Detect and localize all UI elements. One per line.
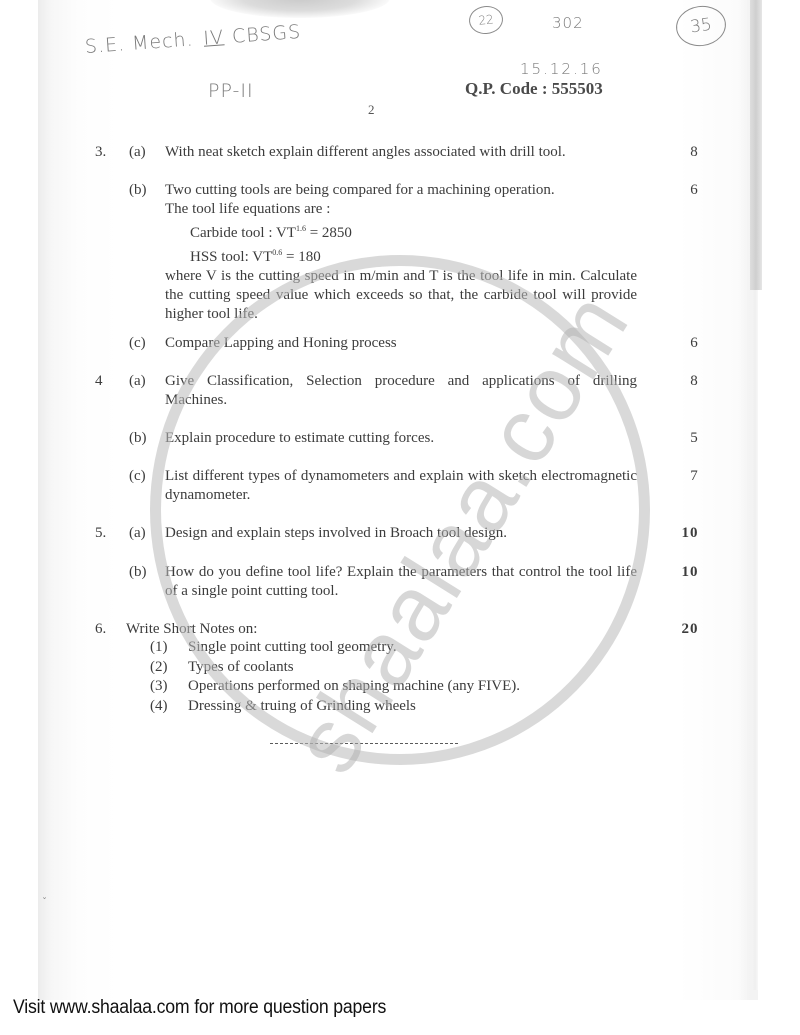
question-text: Give Classification, Selection procedure… <box>165 372 637 410</box>
marks: 6 <box>684 181 704 200</box>
list-item: (3)Operations performed on shaping machi… <box>150 677 520 697</box>
question-text: Compare Lapping and Honing process <box>165 334 637 353</box>
part-label: (b) <box>129 429 147 448</box>
marks: 7 <box>684 467 704 486</box>
question-text: Write Short Notes on: <box>126 620 598 639</box>
marks: 8 <box>684 372 704 391</box>
question-number: 3. <box>95 143 106 162</box>
part-label: (c) <box>129 467 146 486</box>
part-label: (b) <box>129 181 147 200</box>
question-number: 4 <box>95 372 103 391</box>
question-text: Two cutting tools are being compared for… <box>165 181 637 324</box>
page-edge-shadow <box>750 0 762 290</box>
part-label: (a) <box>129 372 146 391</box>
list-item: (1)Single point cutting tool geometry. <box>150 638 520 658</box>
handwritten-code: 302 <box>552 14 584 32</box>
question-text: How do you define tool life? Explain the… <box>165 563 637 601</box>
scan-artifact: ˇ <box>42 897 47 908</box>
part-label: (a) <box>129 524 146 543</box>
question-number: 5. <box>95 524 106 543</box>
list-item: (2)Types of coolants <box>150 658 520 678</box>
short-notes-list: (1)Single point cutting tool geometry. (… <box>150 638 520 716</box>
marks: 10 <box>680 524 700 543</box>
intro-line: The tool life equations are : <box>165 200 637 219</box>
qp-code: Q.P. Code : 555503 <box>465 79 603 99</box>
body-text: where V is the cutting speed in m/min an… <box>165 267 637 324</box>
question-text: Design and explain steps involved in Bro… <box>165 524 637 543</box>
question-text: With neat sketch explain different angle… <box>165 143 637 162</box>
page-number: 2 <box>368 102 375 118</box>
semester-label: IV <box>203 26 225 49</box>
page-edge-shadow-lower <box>752 290 758 990</box>
equation-carbide: Carbide tool : VT1.6 = 2850 <box>165 219 637 243</box>
question-number: 6. <box>95 620 106 639</box>
handwritten-paper: PP-II <box>208 80 254 102</box>
equation-hss: HSS tool: VT0.6 = 180 <box>165 243 637 267</box>
marks: 20 <box>680 620 700 639</box>
end-divider <box>270 743 458 744</box>
question-text: Explain procedure to estimate cutting fo… <box>165 429 637 448</box>
marks: 8 <box>684 143 704 162</box>
marks: 6 <box>684 334 704 353</box>
footer-link[interactable]: Visit www.shaalaa.com for more question … <box>13 997 386 1019</box>
part-label: (c) <box>129 334 146 353</box>
part-label: (b) <box>129 563 147 582</box>
marks: 10 <box>680 563 700 582</box>
question-text: List different types of dynamometers and… <box>165 467 637 505</box>
marks: 5 <box>684 429 704 448</box>
list-item: (4)Dressing & truing of Grinding wheels <box>150 697 520 717</box>
handwritten-date: 15.12.16 <box>520 60 603 78</box>
part-label: (a) <box>129 143 146 162</box>
intro-line: Two cutting tools are being compared for… <box>165 181 637 200</box>
